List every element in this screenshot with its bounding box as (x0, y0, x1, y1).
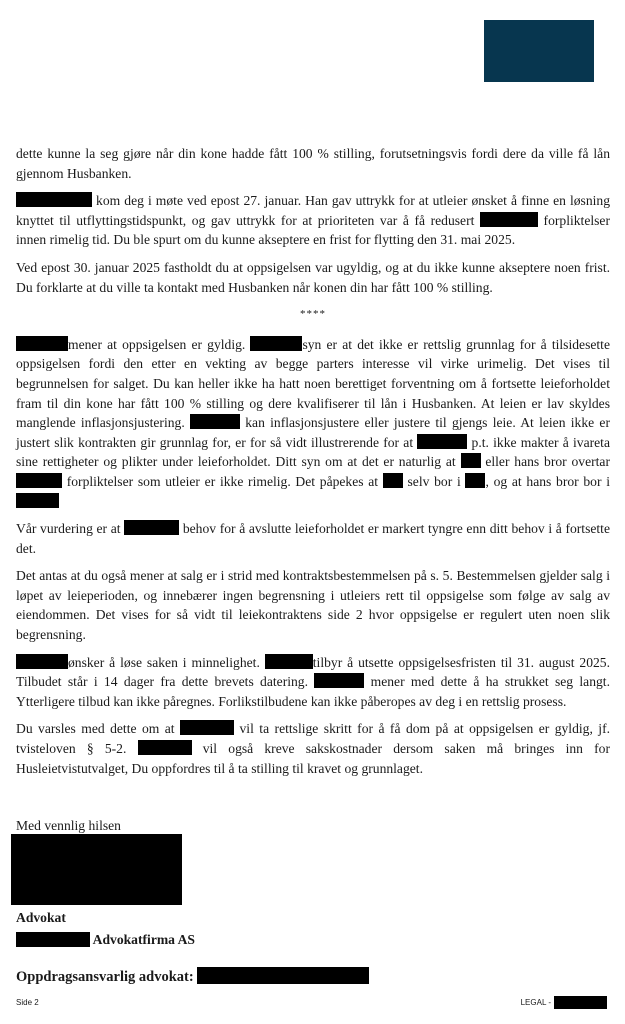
redaction (16, 493, 59, 508)
redaction (16, 336, 68, 351)
redaction (190, 414, 240, 429)
document-reference: LEGAL - (521, 996, 607, 1009)
paragraph-6: Det antas at du også mener at salg er i … (16, 566, 610, 644)
redaction (265, 654, 313, 669)
page-number: Side 2 (16, 998, 39, 1007)
redaction (16, 192, 92, 207)
redaction (16, 654, 68, 669)
paragraph-7: ønsker å løse saken i minnelighet. tilby… (16, 653, 610, 712)
paragraph-1: dette kunne la seg gjøre når din kone ha… (16, 144, 610, 183)
section-separator: **** (16, 305, 610, 325)
redaction (197, 967, 369, 984)
redaction (554, 996, 607, 1009)
redaction (180, 720, 234, 735)
paragraph-8: Du varsles med dette om at vil ta rettsl… (16, 719, 610, 778)
signer-title: Advokat (16, 909, 369, 927)
company-logo-block (484, 20, 594, 82)
paragraph-5: Vår vurdering er at behov for å avslutte… (16, 519, 610, 558)
signature-redaction (11, 834, 182, 905)
redaction (314, 673, 364, 688)
paragraph-2: kom deg i møte ved epost 27. januar. Han… (16, 191, 610, 250)
redaction (383, 473, 403, 488)
redaction (465, 473, 485, 488)
redaction (124, 520, 179, 535)
redaction (138, 740, 192, 755)
signature-block: Med vennlig hilsen Advokat Advokatfirma … (16, 818, 369, 986)
redaction (16, 473, 62, 488)
redaction (461, 453, 481, 468)
responsible-lawyer: Oppdragsansvarlig advokat: (16, 967, 369, 986)
firm-name: Advokatfirma AS (16, 931, 369, 949)
paragraph-4: mener at oppsigelsen er gyldig. syn er a… (16, 335, 610, 511)
redaction (250, 336, 302, 351)
redaction (480, 212, 538, 227)
letter-body: dette kunne la seg gjøre når din kone ha… (16, 144, 610, 786)
closing-greeting: Med vennlig hilsen (16, 818, 369, 834)
paragraph-3: Ved epost 30. januar 2025 fastholdt du a… (16, 258, 610, 297)
redaction (417, 434, 467, 449)
redaction (16, 932, 90, 947)
